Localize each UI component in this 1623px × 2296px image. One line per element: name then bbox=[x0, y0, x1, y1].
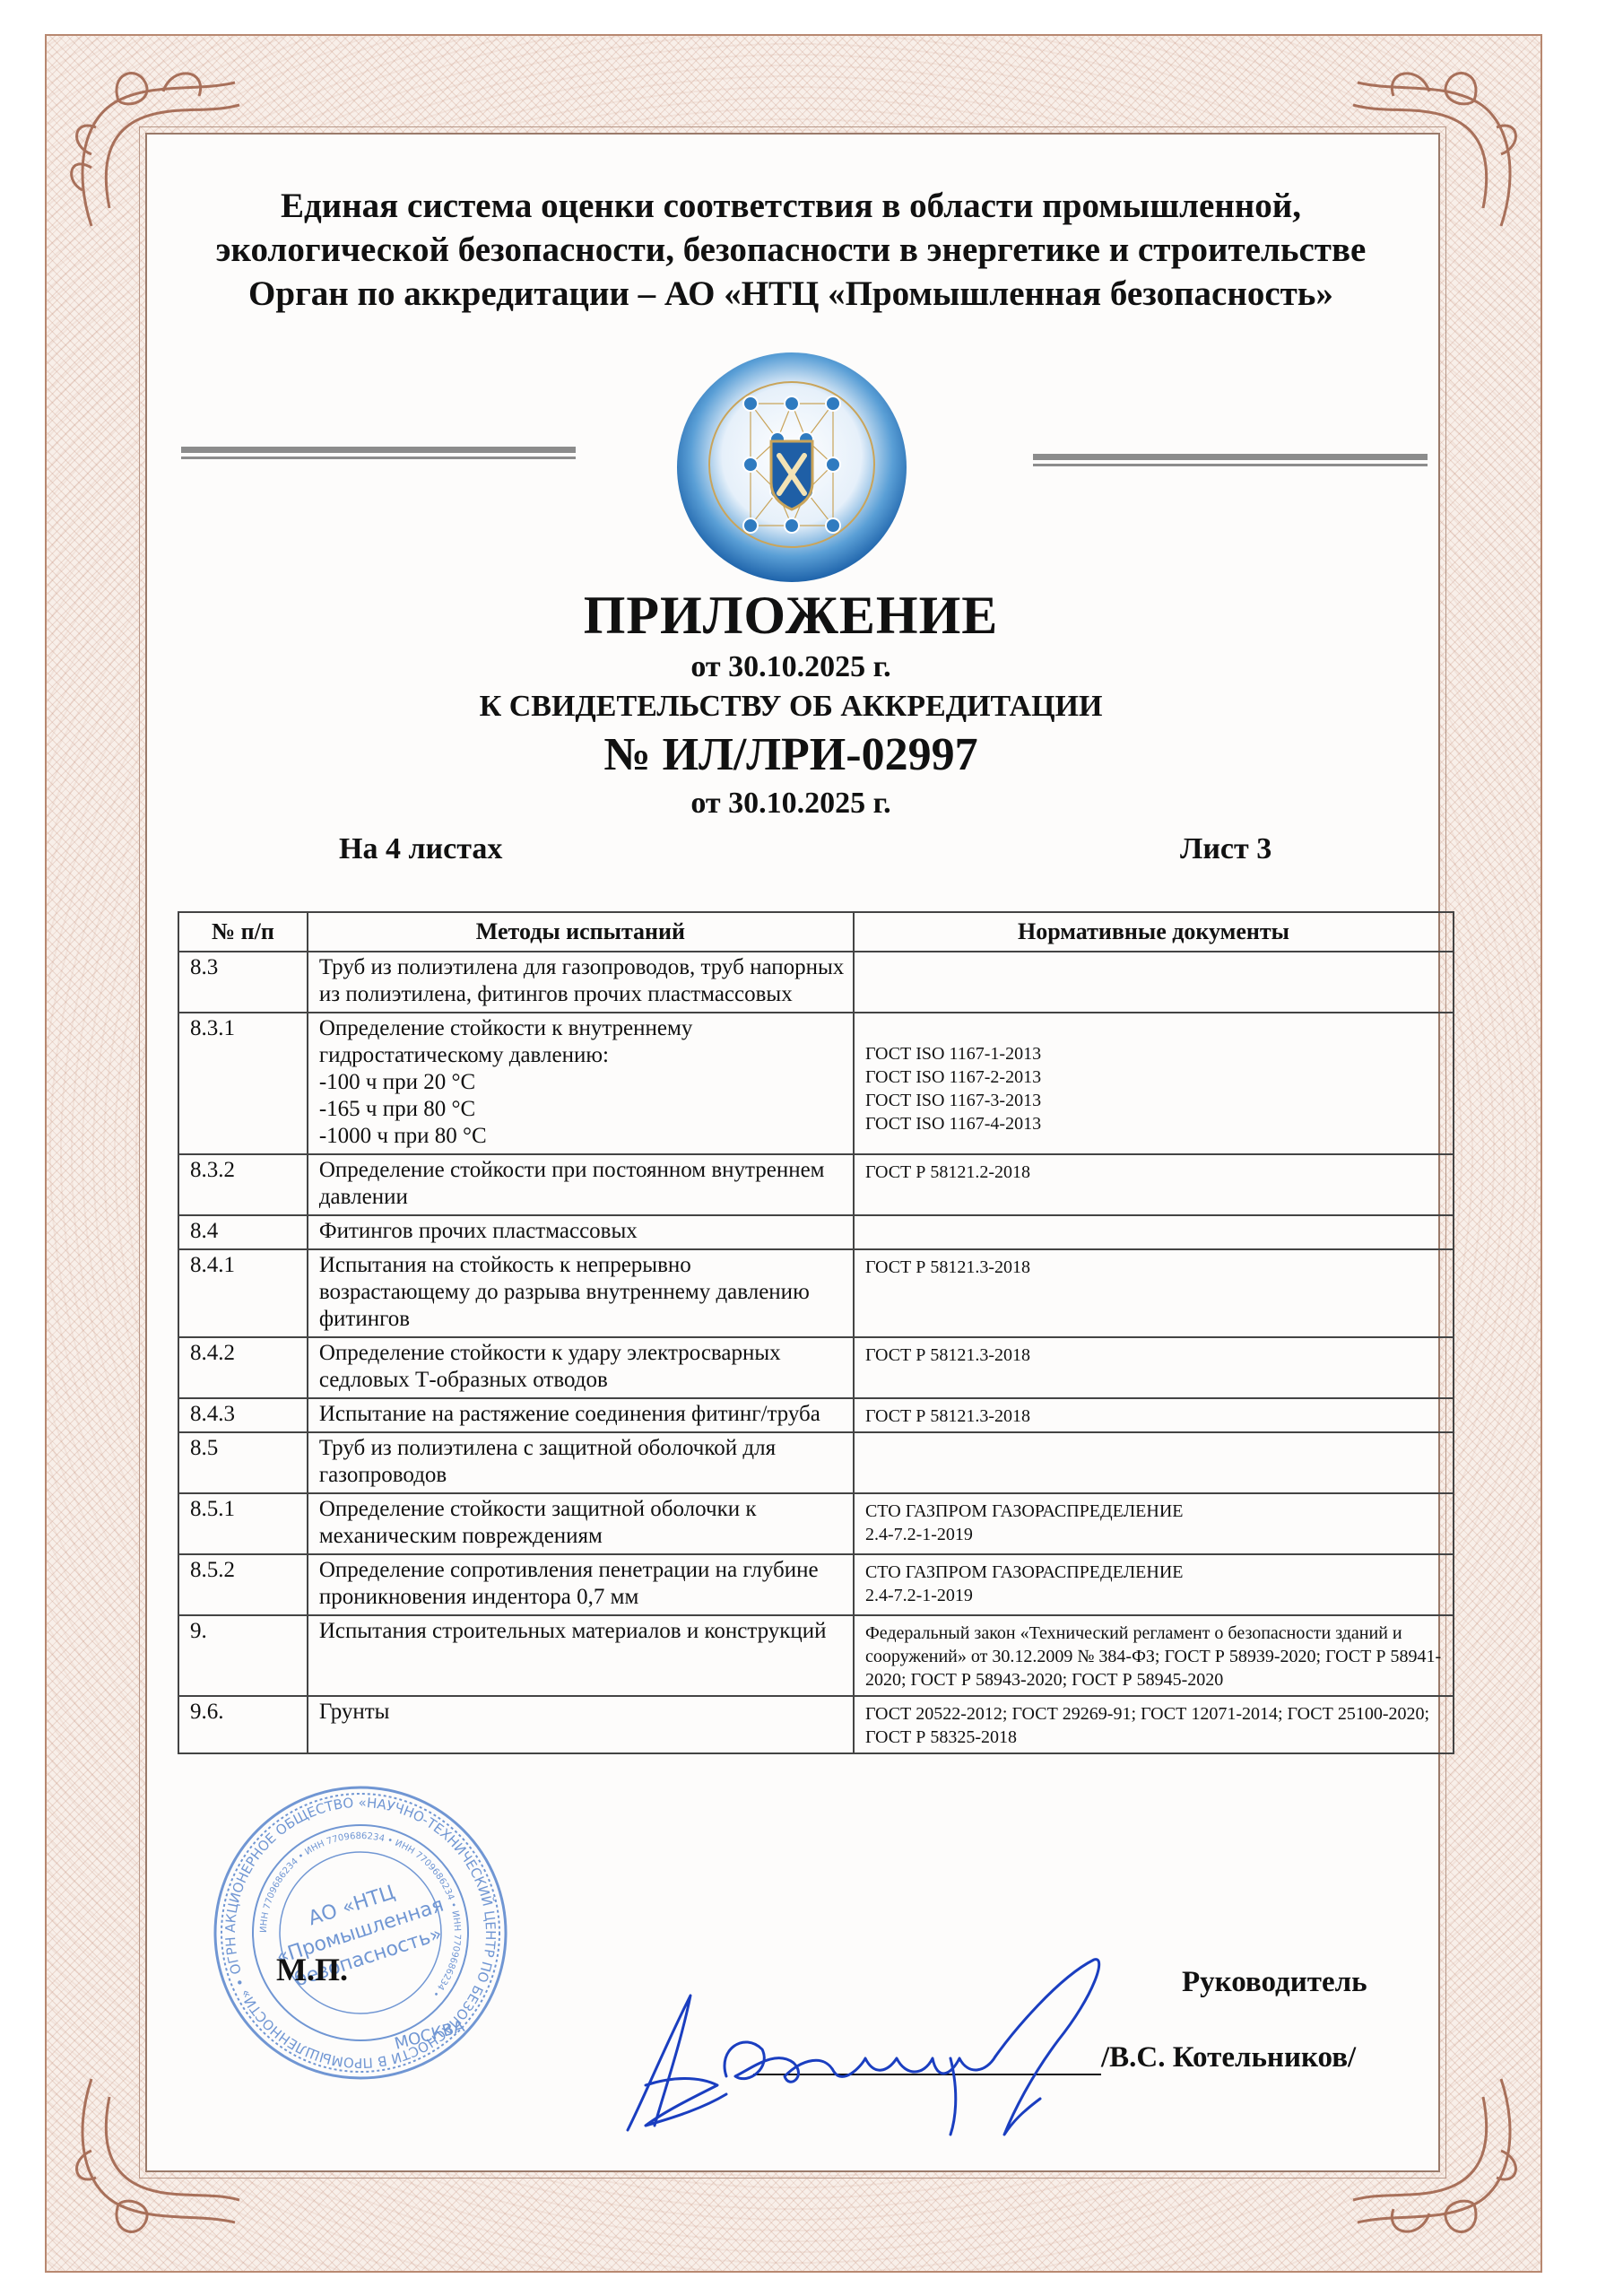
row-number: 8.3.2 bbox=[178, 1154, 308, 1215]
row-documents: Федеральный закон «Технический регламент… bbox=[854, 1615, 1454, 1696]
table-row: 8.3Труб из полиэтилена для газопроводов,… bbox=[178, 952, 1454, 1013]
row-number: 8.4 bbox=[178, 1215, 308, 1249]
table-row: 8.4.1Испытания на стойкость к непрерывно… bbox=[178, 1249, 1454, 1337]
row-documents bbox=[854, 1215, 1454, 1249]
row-number: 8.4.1 bbox=[178, 1249, 308, 1337]
accreditation-emblem-icon bbox=[674, 350, 909, 585]
table-row: 8.5.1Определение стойкости защитной обол… bbox=[178, 1493, 1454, 1554]
official-seal-stamp: АКЦИОНЕРНОЕ ОБЩЕСТВО «НАУЧНО-ТЕХНИЧЕСКИЙ… bbox=[208, 1780, 513, 2085]
appendix-date: от 30.10.2025 г. bbox=[145, 648, 1436, 687]
stamp-label: М.П. bbox=[276, 1951, 348, 1988]
title-block: ПРИЛОЖЕНИЕ от 30.10.2025 г. К СВИДЕТЕЛЬС… bbox=[145, 583, 1436, 823]
table-row: 8.4Фитингов прочих пластмассовых bbox=[178, 1215, 1454, 1249]
header-line: Орган по аккредитации – АО «НТЦ «Промышл… bbox=[145, 272, 1436, 316]
sheet-number: Лист 3 bbox=[1180, 832, 1271, 866]
table-row: 8.5.2Определение сопротивления пенетраци… bbox=[178, 1554, 1454, 1615]
row-number: 8.5.2 bbox=[178, 1554, 308, 1615]
column-header-methods: Методы испытаний bbox=[308, 912, 854, 952]
column-header-number: № п/п bbox=[178, 912, 308, 952]
decorative-rule bbox=[1033, 454, 1428, 466]
row-number: 8.5.1 bbox=[178, 1493, 308, 1554]
row-number: 8.4.2 bbox=[178, 1337, 308, 1398]
table-row: 8.3.2Определение стойкости при постоянно… bbox=[178, 1154, 1454, 1215]
certificate-date: от 30.10.2025 г. bbox=[145, 784, 1436, 823]
row-documents: СТО ГАЗПРОМ ГАЗОРАСПРЕДЕЛЕНИЕ 2.4-7.2-1-… bbox=[854, 1493, 1454, 1554]
row-documents: ГОСТ ISO 1167-1-2013 ГОСТ ISO 1167-2-201… bbox=[854, 1013, 1454, 1154]
row-method: Труб из полиэтилена с защитной оболочкой… bbox=[308, 1432, 854, 1493]
row-method: Фитингов прочих пластмассовых bbox=[308, 1215, 854, 1249]
row-documents: ГОСТ 20522-2012; ГОСТ 29269-91; ГОСТ 120… bbox=[854, 1696, 1454, 1753]
test-methods-table: № п/п Методы испытаний Нормативные докум… bbox=[178, 911, 1454, 1754]
table-row: 8.5Труб из полиэтилена с защитной оболоч… bbox=[178, 1432, 1454, 1493]
logo-row bbox=[145, 350, 1436, 592]
header-line: Единая система оценки соответствия в обл… bbox=[145, 184, 1436, 228]
row-documents: ГОСТ Р 58121.3-2018 bbox=[854, 1337, 1454, 1398]
table-row: 8.4.3Испытание на растяжение соединения … bbox=[178, 1398, 1454, 1432]
handwritten-signature bbox=[592, 1942, 1148, 2148]
column-header-documents: Нормативные документы bbox=[854, 912, 1454, 952]
row-method: Определение стойкости к внутреннему гидр… bbox=[308, 1013, 854, 1154]
row-documents: СТО ГАЗПРОМ ГАЗОРАСПРЕДЕЛЕНИЕ 2.4-7.2-1-… bbox=[854, 1554, 1454, 1615]
row-documents: ГОСТ Р 58121.3-2018 bbox=[854, 1249, 1454, 1337]
total-sheets: На 4 листах bbox=[339, 832, 502, 866]
row-method: Грунты bbox=[308, 1696, 854, 1753]
row-method: Определение стойкости к удару электросва… bbox=[308, 1337, 854, 1398]
page-title: ПРИЛОЖЕНИЕ bbox=[145, 583, 1436, 648]
certificate-subtitle: К СВИДЕТЕЛЬСТВУ ОБ АККРЕДИТАЦИИ bbox=[145, 687, 1436, 726]
row-method: Определение сопротивления пенетрации на … bbox=[308, 1554, 854, 1615]
row-number: 9.6. bbox=[178, 1696, 308, 1753]
issuing-authority-header: Единая система оценки соответствия в обл… bbox=[145, 184, 1436, 316]
row-number: 8.3.1 bbox=[178, 1013, 308, 1154]
row-method: Определение стойкости при постоянном вну… bbox=[308, 1154, 854, 1215]
row-documents bbox=[854, 1432, 1454, 1493]
row-documents: ГОСТ Р 58121.2-2018 bbox=[854, 1154, 1454, 1215]
row-method: Труб из полиэтилена для газопроводов, тр… bbox=[308, 952, 854, 1013]
row-method: Испытания на стойкость к непрерывно возр… bbox=[308, 1249, 854, 1337]
table-header-row: № п/п Методы испытаний Нормативные докум… bbox=[178, 912, 1454, 952]
row-number: 8.4.3 bbox=[178, 1398, 308, 1432]
decorative-rule bbox=[181, 447, 576, 459]
table-row: 9.6.ГрунтыГОСТ 20522-2012; ГОСТ 29269-91… bbox=[178, 1696, 1454, 1753]
row-number: 8.5 bbox=[178, 1432, 308, 1493]
row-method: Испытания строительных материалов и конс… bbox=[308, 1615, 854, 1696]
svg-text:МОСКВА: МОСКВА bbox=[393, 2017, 467, 2054]
row-method: Испытание на растяжение соединения фитин… bbox=[308, 1398, 854, 1432]
table-row: 8.3.1Определение стойкости к внутреннему… bbox=[178, 1013, 1454, 1154]
row-number: 8.3 bbox=[178, 952, 308, 1013]
table-row: 9.Испытания строительных материалов и ко… bbox=[178, 1615, 1454, 1696]
row-documents bbox=[854, 952, 1454, 1013]
row-method: Определение стойкости защитной оболочки … bbox=[308, 1493, 854, 1554]
row-number: 9. bbox=[178, 1615, 308, 1696]
certificate-number: № ИЛ/ЛРИ-02997 bbox=[145, 726, 1436, 784]
table-row: 8.4.2Определение стойкости к удару элект… bbox=[178, 1337, 1454, 1398]
header-line: экологической безопасности, безопасности… bbox=[145, 228, 1436, 272]
row-documents: ГОСТ Р 58121.3-2018 bbox=[854, 1398, 1454, 1432]
signer-role: Руководитель bbox=[1182, 1966, 1367, 1999]
